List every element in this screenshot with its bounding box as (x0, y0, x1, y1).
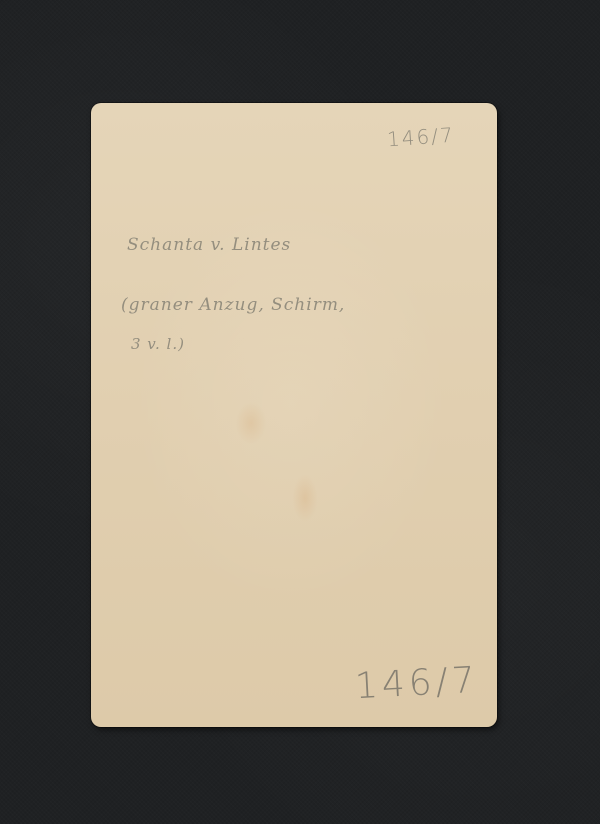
photo-card-back: 146/7 Schanta v. Lintes (graner Anzug, S… (91, 103, 497, 727)
inscription-line-1: Schanta v. Lintes (127, 235, 291, 255)
catalog-number-bottom: 146/7 (354, 660, 480, 707)
catalog-number-top: 146/7 (386, 123, 455, 152)
inscription-line-3: 3 v. l.) (131, 335, 185, 353)
inscription-line-2: (graner Anzug, Schirm, (121, 295, 345, 315)
dark-mount-background: 146/7 Schanta v. Lintes (graner Anzug, S… (0, 0, 600, 824)
